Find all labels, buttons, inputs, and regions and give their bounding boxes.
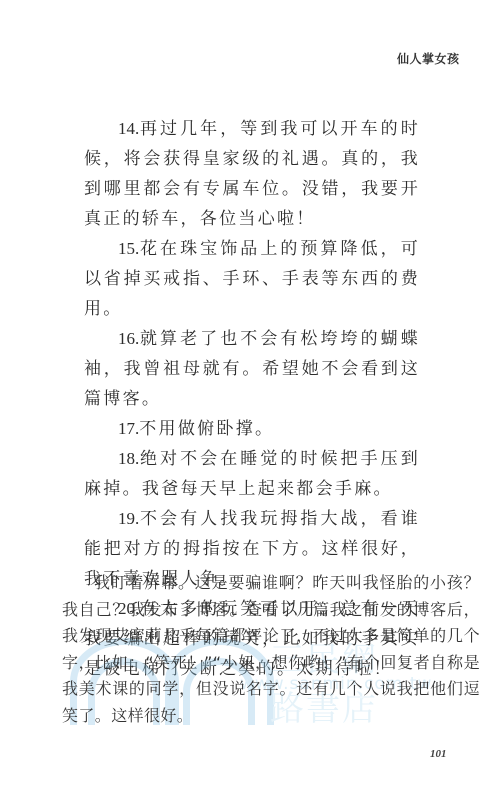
list-item-number: 16.	[118, 329, 139, 348]
list-item: 17.不用做俯卧撑。	[84, 414, 420, 444]
page-number: 101	[430, 748, 447, 760]
list-item-text: 不用做俯卧撑。	[139, 419, 274, 439]
list-item: 14.再过几年，等到我可以开车的时候，将会获得皇家级的礼遇。真的，我到哪里都会有…	[84, 114, 420, 234]
running-header-book-title: 仙人掌女孩	[397, 50, 460, 67]
list-item: 18.绝对不会在睡觉的时候把手压到麻掉。我爸每天早上起来都会手麻。	[84, 444, 420, 504]
body-paragraph-block: 我盯着屏幕。这是要骗谁啊？昨天叫我怪胎的小孩？我自己？我发布了博客。查看了几篇我…	[62, 570, 480, 729]
list-item-number: 19.	[118, 509, 139, 528]
list-item-number: 14.	[118, 119, 139, 138]
list-item-number: 15.	[118, 239, 139, 258]
body-paragraph: 我盯着屏幕。这是要骗谁啊？昨天叫我怪胎的小孩？我自己？我发布了博客。查看了几篇我…	[62, 570, 480, 729]
list-item-number: 18.	[118, 449, 139, 468]
list-item: 15.花在珠宝饰品上的预算降低，可以省掉买戒指、手环、手表等东西的费用。	[84, 234, 420, 324]
list-item: 16.就算老了也不会有松垮垮的蝴蝶袖，我曾祖母就有。希望她不会看到这篇博客。	[84, 324, 420, 414]
list-item-number: 17.	[118, 419, 139, 438]
